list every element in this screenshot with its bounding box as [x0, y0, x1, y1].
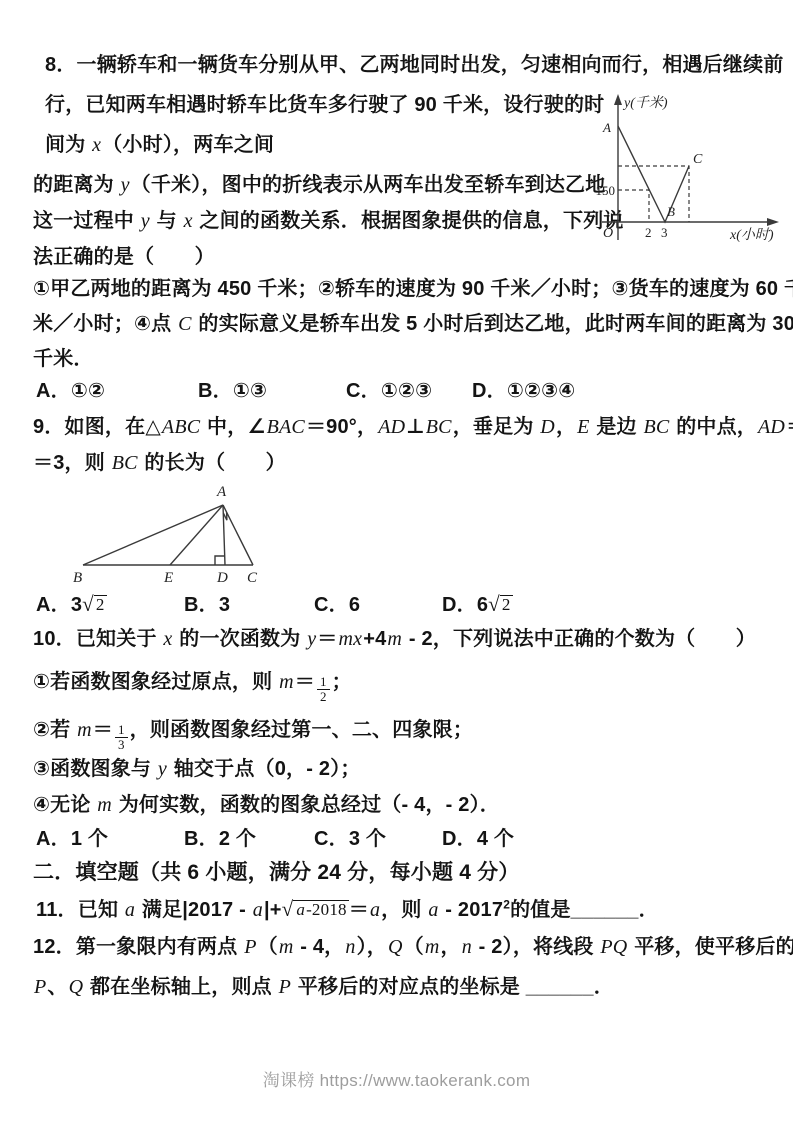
fraction-one-third: 13: [115, 723, 128, 751]
q8-line-3: 间为 x（小时），两车之间: [45, 128, 274, 157]
sqrt-icon: √: [82, 592, 94, 616]
segment-ac: [223, 505, 253, 565]
q8-line-1: 8．一辆轿车和一辆货车分别从甲、乙两地同时出发，匀速相向而行，相遇后继续前: [45, 48, 784, 77]
point-a-label: A: [602, 120, 611, 135]
q12-line-1: 12．第一象限内有两点 P（m - 4，n），Q（m，n - 2），将线段 PQ…: [33, 930, 793, 959]
q8-line-2: 行，已知两车相遇时轿车比货车多行驶了 90 千米，设行驶的时: [45, 88, 604, 117]
q10-option-a: A．1 个: [36, 822, 184, 851]
dashed-line-150: [618, 190, 649, 222]
sqrt-icon: √: [282, 897, 294, 921]
q10-option-d: D．4 个: [442, 822, 514, 851]
vertex-b-label: B: [73, 570, 82, 586]
q10-option-c: C．3 个: [314, 822, 442, 851]
q8-option-b: B．①③: [198, 374, 346, 403]
exam-page: 8．一辆轿车和一辆货车分别从甲、乙两地同时出发，匀速相向而行，相遇后继续前 行，…: [0, 0, 793, 1122]
vertex-a-label: A: [216, 484, 227, 500]
sqrt-icon: √: [488, 592, 500, 616]
y-tick-150: 150: [596, 183, 615, 198]
q9-line-1: 9．如图，在△ABC 中，∠BAC＝90°，AD⊥BC，垂足为 D，E 是边 B…: [33, 410, 793, 439]
q8-options-row: A．①②B．①③C．①②③D．①②③④: [36, 374, 575, 403]
y-axis-arrow-icon: [614, 94, 622, 105]
section-2-header: 二．填空题（共 6 小题，满分 24 分，每小题 4 分）: [33, 856, 520, 886]
x-axis-label: x(小时): [729, 227, 774, 242]
q11-line: 11．已知 a 满足|2017 - a|+√a-2018＝a，则 a - 201…: [36, 893, 659, 922]
dashed-line-c: [618, 166, 689, 222]
q9-option-a: A．3√2: [36, 588, 184, 617]
q9-options-row: A．3√2B．3C．6D．6√2: [36, 588, 513, 617]
q10-statement-1: ①若函数图象经过原点，则 m＝12；: [33, 665, 352, 704]
q12-answer-blank: ______: [526, 976, 594, 998]
fraction-one-half: 12: [317, 675, 330, 703]
point-c-label: C: [693, 152, 703, 167]
origin-label: O: [603, 226, 613, 241]
site-watermark: 淘课榜 https://www.taokerank.com: [0, 1066, 793, 1091]
q12-line-2: P、Q 都在坐标轴上，则点 P 平移后的对应点的坐标是 ______．: [33, 970, 614, 999]
q8-statement-3: 千米．: [33, 342, 94, 371]
q10-statement-4: ④无论 m 为何实数，函数的图象总经过（- 4，- 2）．: [33, 788, 500, 817]
q10-statement-3: ③函数图象与 y 轴交于点（0，- 2）；: [33, 752, 361, 781]
q11-answer-blank: ______: [571, 899, 639, 921]
segment-ba: [83, 505, 223, 565]
q8-statement-1: ①甲乙两地的距离为 450 千米；②轿车的速度为 90 千米／小时；③货车的速度…: [33, 272, 793, 301]
q9-line-2: ＝3，则 BC 的长为（ ）: [33, 446, 286, 475]
vertex-e-label: E: [163, 570, 173, 586]
right-angle-mark-d: [215, 556, 224, 565]
q9-option-d: D．6√2: [442, 588, 513, 617]
q8-option-d: D．①②③④: [472, 374, 575, 403]
x-tick-3: 3: [661, 225, 668, 240]
q8-line-5: 这一过程中 y 与 x 之间的函数关系．根据图象提供的信息，下列说: [33, 204, 624, 233]
q8-line-4: 的距离为 y（千米），图中的折线表示从两车出发至轿车到达乙地: [33, 168, 605, 197]
q10-statement-2: ②若 m＝13，则函数图象经过第一、二、四象限；: [33, 713, 473, 752]
q8-distance-time-graph: y(千米) x(小时) O A B C 150 2 3: [596, 90, 792, 242]
vertex-c-label: C: [247, 570, 258, 586]
q8-option-c: C．①②③: [346, 374, 472, 403]
q10-option-b: B．2 个: [184, 822, 314, 851]
q8-option-a: A．①②: [36, 374, 198, 403]
vertex-d-label: D: [216, 570, 228, 586]
q10-line-1: 10．已知关于 x 的一次函数为 y＝mx+4m - 2，下列说法中正确的个数为…: [33, 622, 756, 651]
x-tick-2: 2: [645, 225, 652, 240]
q9-triangle-figure: A B E D C: [55, 483, 305, 586]
distance-polyline: [618, 126, 689, 222]
point-b-label: B: [667, 204, 675, 219]
q10-options-row: A．1 个B．2 个C．3 个D．4 个: [36, 822, 514, 851]
q8-line-6: 法正确的是（ ）: [33, 240, 215, 269]
x-axis-arrow-icon: [767, 218, 779, 226]
y-axis-label: y(千米): [622, 95, 668, 111]
q9-option-b: B．3: [184, 588, 314, 617]
q9-option-c: C．6: [314, 588, 442, 617]
q8-statement-2: 米／小时；④点 C 的实际意义是轿车出发 5 小时后到达乙地，此时两车间的距离为…: [33, 307, 793, 336]
